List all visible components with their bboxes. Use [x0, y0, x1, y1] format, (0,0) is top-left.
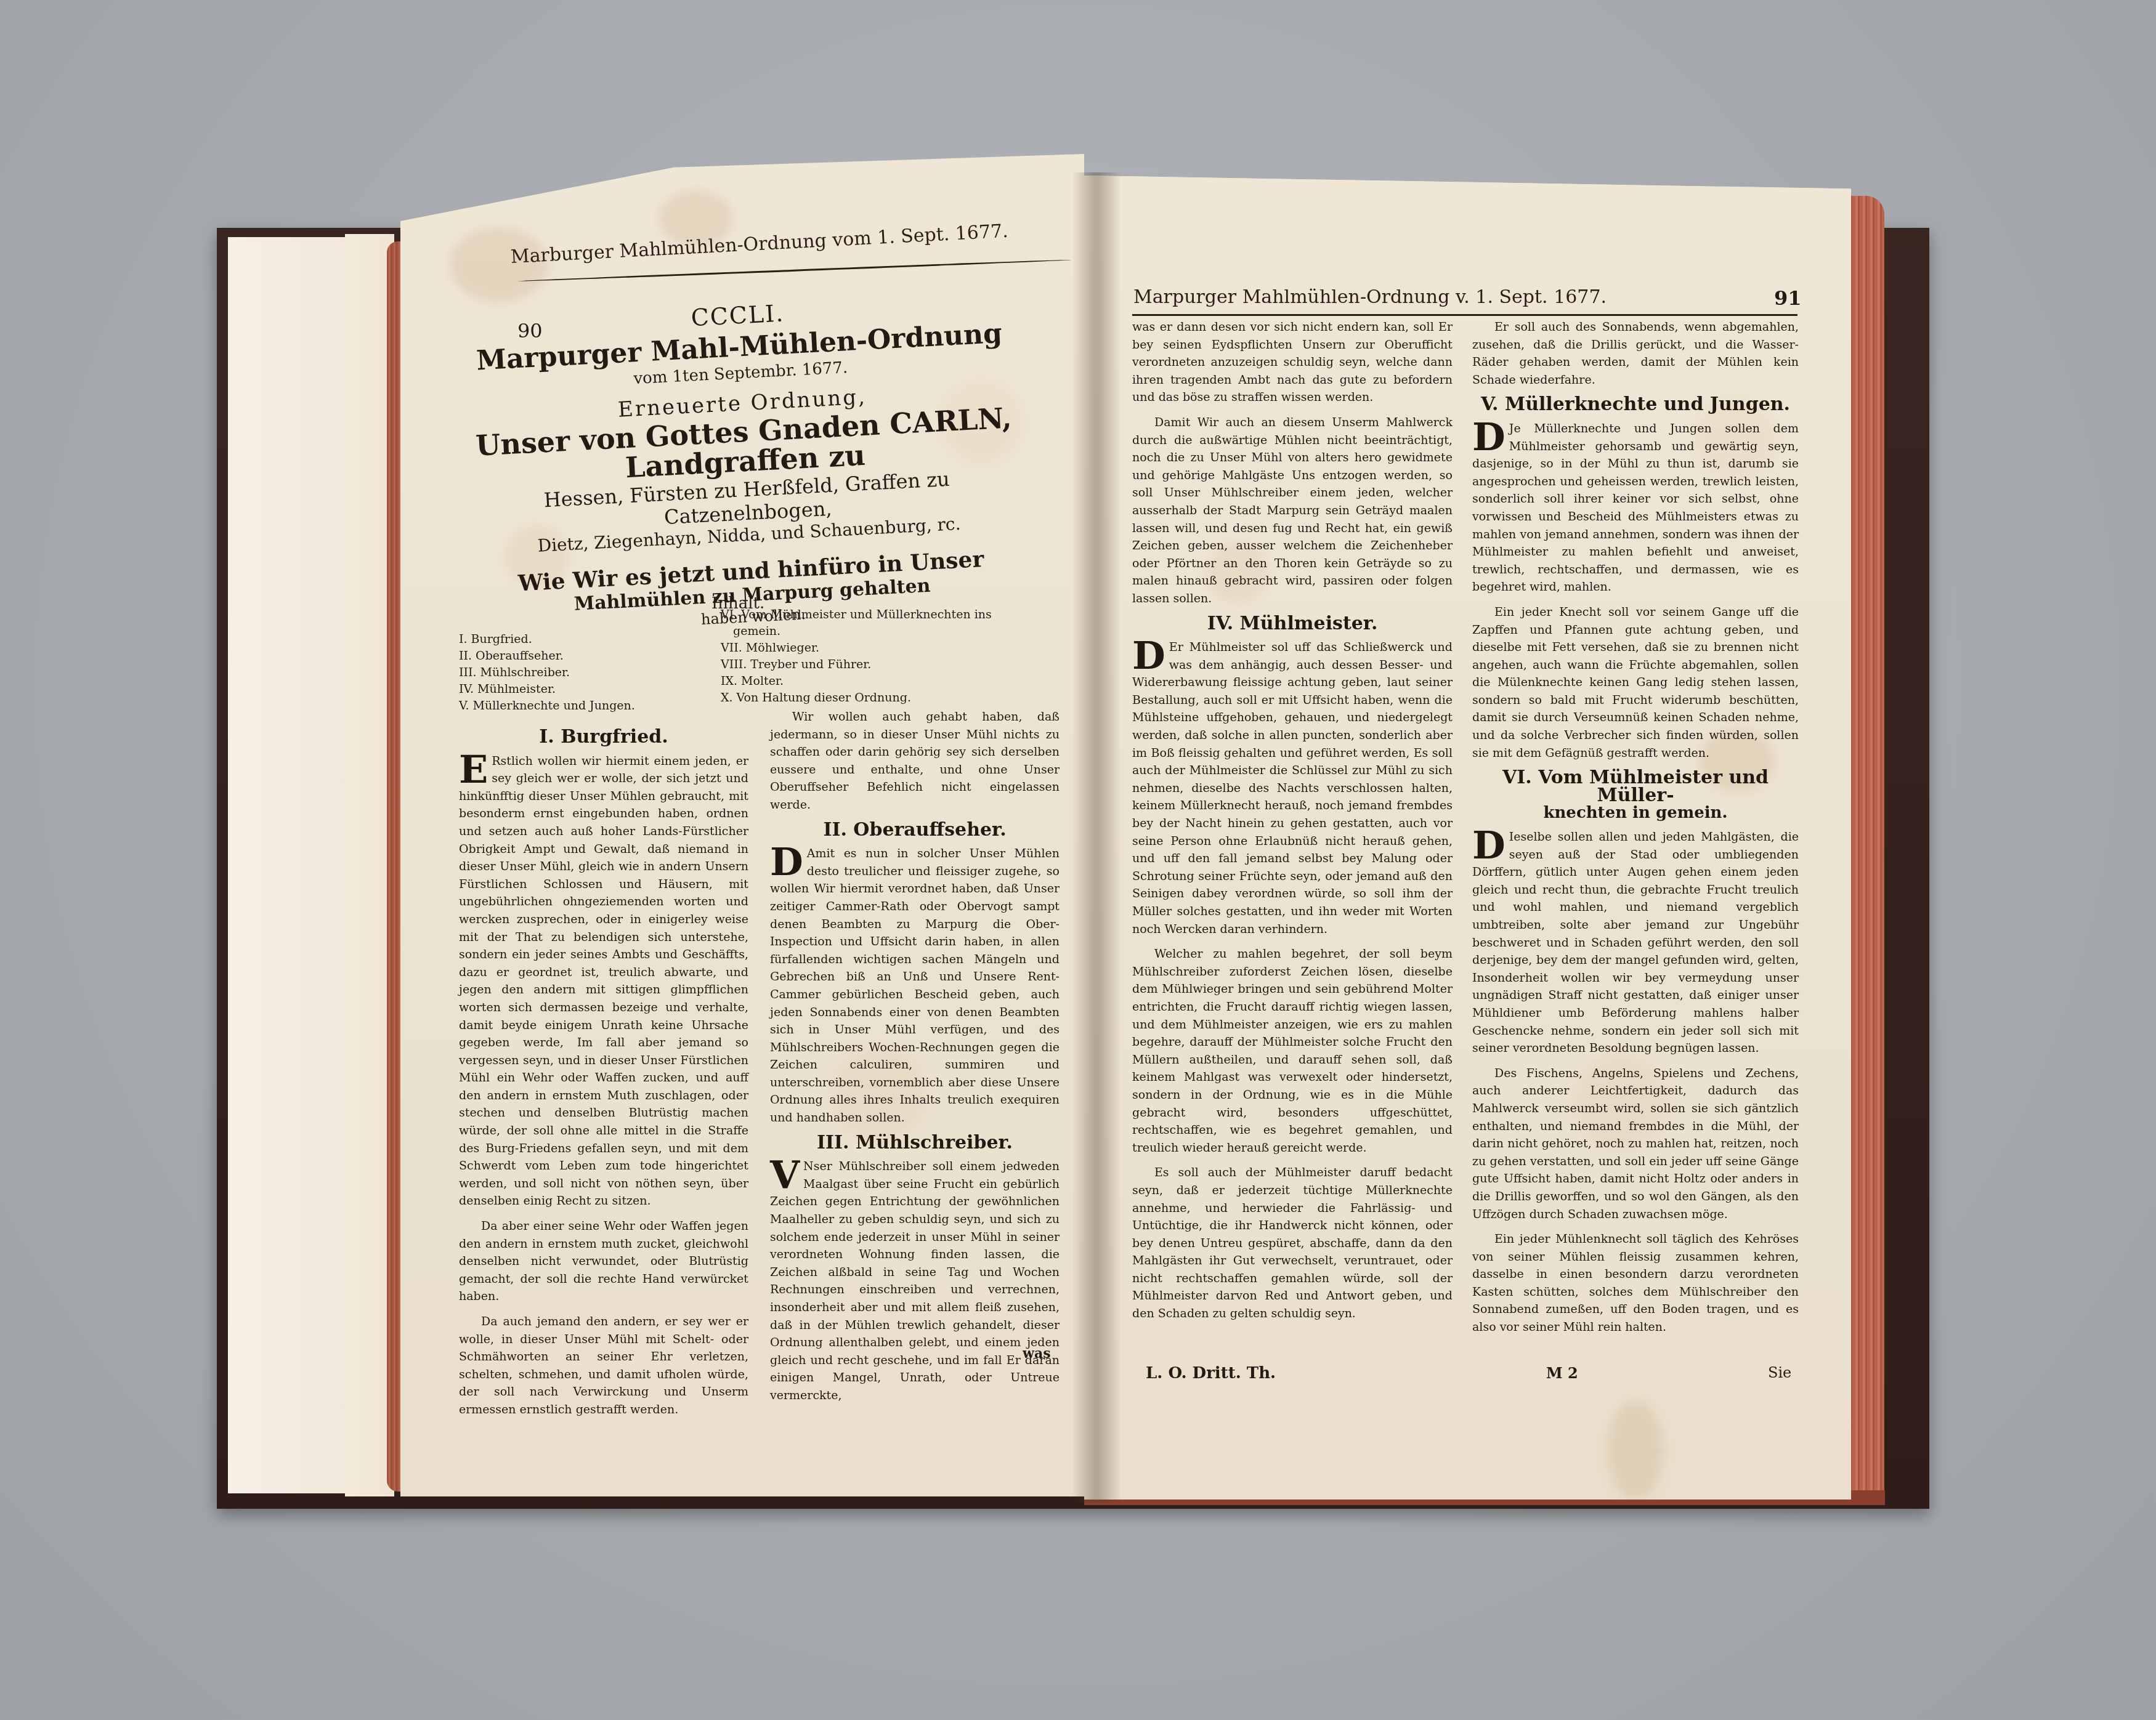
section-heading: I. Burgfried. — [459, 729, 748, 746]
paragraph-text: Nser Mühlschreiber soll einem jedweden M… — [770, 1160, 1060, 1402]
paragraph: DJe Müllerknechte und Jungen sollen dem … — [1472, 420, 1799, 596]
right-page-column-1: was er dann desen vor sich nicht endern … — [1132, 318, 1453, 1330]
paragraph: Damit Wir auch an diesem Unserm Mahlwerc… — [1132, 414, 1453, 608]
header-rule — [1132, 314, 1797, 316]
contents-item: IX. Molter. — [721, 673, 1016, 690]
drop-cap: D — [1472, 421, 1506, 453]
paragraph-text: Er Mühlmeister sol uff das Schließwerck … — [1132, 640, 1453, 936]
paragraph: Ein jeder Knecht soll vor seinem Gange u… — [1472, 604, 1799, 762]
contents-item: VI. Vom Mühlmeister und Müllerknechten i… — [721, 607, 1016, 623]
paragraph: was er dann desen vor sich nicht endern … — [1132, 318, 1453, 406]
drop-cap: D — [770, 846, 803, 878]
paragraph: DAmit es nun in solcher Unser Mühlen des… — [770, 845, 1060, 1127]
paragraph: Des Fischens, Angelns, Spielens und Zech… — [1472, 1065, 1799, 1223]
paragraph-text: Ieselbe sollen allen und jeden Mahlgäste… — [1472, 830, 1799, 1055]
flyleaf — [228, 237, 351, 1493]
contents-item: VIII. Treyber und Führer. — [721, 656, 1016, 673]
drop-cap: D — [1132, 640, 1165, 672]
paragraph: Er soll auch des Sonnabends, wenn abgema… — [1472, 318, 1799, 389]
paragraph: Welcher zu mahlen begehret, der soll bey… — [1132, 945, 1453, 1157]
volume-signature: L. O. Dritt. Th. — [1146, 1364, 1276, 1383]
contents-item: V. Müllerknechte und Jungen. — [459, 698, 635, 714]
left-page: Marburger Mahlmühlen-Ordnung vom 1. Sept… — [400, 154, 1084, 1496]
section-heading: III. Mühlschreiber. — [770, 1134, 1060, 1152]
running-head-left: Marburger Mahlmühlen-Ordnung vom 1. Sept… — [510, 220, 1008, 268]
contents-item: I. Burgfried. — [459, 631, 635, 648]
paragraph: VNser Mühlschreiber soll einem jedweden … — [770, 1158, 1060, 1404]
paragraph: ERstlich wollen wir hiermit einem jeden,… — [459, 753, 748, 1210]
section-heading: VI. Vom Mühlmeister und Müller- — [1472, 769, 1799, 804]
catchword: was — [1023, 1346, 1051, 1362]
paragraph: Da auch jemand den andern, er sey wer er… — [459, 1313, 748, 1419]
paragraph: Da aber einer seine Wehr oder Waffen jeg… — [459, 1217, 748, 1306]
paragraph: Ein jeder Mühlenknecht soll täglich des … — [1472, 1230, 1799, 1336]
drop-cap: D — [1472, 830, 1506, 862]
running-head-right: Marpurger Mahlmühlen-Ordnung v. 1. Sept.… — [1133, 286, 1607, 308]
section-heading-cont: knechten in gemein. — [1472, 804, 1799, 822]
signature-mark: M 2 — [1546, 1364, 1578, 1382]
spine-gutter — [1072, 172, 1121, 1503]
left-page-column-1: I. Burgfried. ERstlich wollen wir hiermi… — [459, 724, 748, 1426]
catchword: Sie — [1768, 1364, 1791, 1381]
right-page-column-2: Er soll auch des Sonnabends, wenn abgema… — [1472, 318, 1799, 1344]
contents-item: gemein. — [721, 623, 1016, 640]
paragraph: Wir wollen auch gehabt haben, daß jederm… — [770, 708, 1060, 814]
contents-list-left: I. Burgfried. II. Oberauffseher. III. Mü… — [459, 631, 635, 714]
section-heading: II. Oberauffseher. — [770, 822, 1060, 839]
section-heading: V. Müllerknechte und Jungen. — [1472, 396, 1799, 414]
right-page: Marpurger Mahlmühlen-Ordnung v. 1. Sept.… — [1084, 176, 1851, 1500]
paragraph-text: Amit es nun in solcher Unser Mühlen dest… — [770, 847, 1060, 1124]
paragraph: DIeselbe sollen allen und jeden Mahlgäst… — [1472, 828, 1799, 1057]
paragraph: DEr Mühlmeister sol uff das Schließwerck… — [1132, 639, 1453, 938]
paragraph: Es soll auch der Mühlmeister daruff beda… — [1132, 1164, 1453, 1322]
page-number-right: 91 — [1774, 286, 1802, 310]
drop-cap: V — [770, 1159, 800, 1191]
contents-item: X. Von Haltung dieser Ordnung. — [721, 690, 1016, 706]
drop-cap: E — [459, 754, 488, 786]
paragraph-text: Rstlich wollen wir hiermit einem jeden, … — [459, 754, 748, 1208]
title-block: CCCLI. Marpurger Mahl-Mühlen-Ordnung vom… — [460, 288, 1031, 640]
open-book-photo: Marburger Mahlmühlen-Ordnung vom 1. Sept… — [0, 0, 2156, 1720]
left-page-column-2: Wir wollen auch gehabt haben, daß jederm… — [770, 708, 1060, 1412]
contents-item: III. Mühlschreiber. — [459, 664, 635, 681]
section-heading: IV. Mühlmeister. — [1132, 615, 1453, 633]
contents-item: IV. Mühlmeister. — [459, 681, 635, 698]
paragraph-text: Je Müllerknechte und Jungen sollen dem M… — [1472, 422, 1799, 594]
contents-item: VII. Möhlwieger. — [721, 640, 1016, 656]
foxing-stain — [1608, 1401, 1663, 1500]
contents-item: II. Oberauffseher. — [459, 648, 635, 664]
contents-list-right: VI. Vom Mühlmeister und Müllerknechten i… — [721, 607, 1016, 706]
